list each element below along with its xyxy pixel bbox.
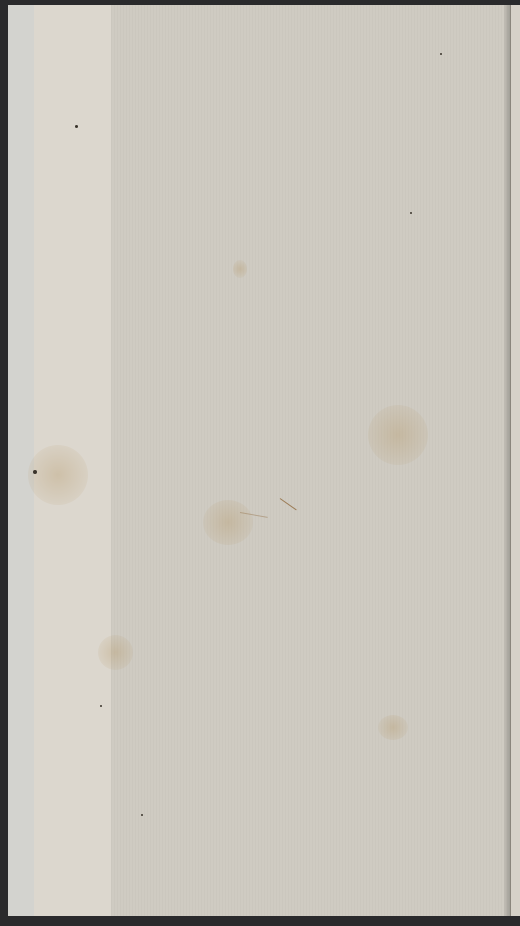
blank-book-page (8, 5, 510, 916)
adjacent-page-edge (510, 5, 520, 916)
page-content (8, 5, 510, 916)
